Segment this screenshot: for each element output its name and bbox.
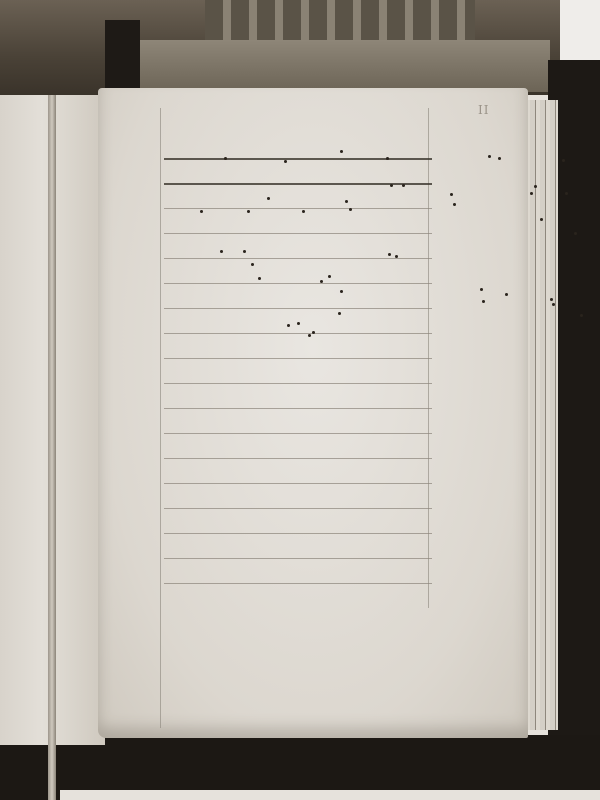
margin-rule-left [160,108,161,728]
frame-ledge [140,40,550,92]
ruled-line [164,283,432,284]
neume-dot [562,159,565,162]
neume-dot [220,250,223,253]
neume-dot [488,155,491,158]
ruled-line [164,533,432,534]
neume-dot [320,280,323,283]
ruled-line [164,433,432,434]
background-strip [60,790,600,800]
neume-dot [243,250,246,253]
neume-dot [402,184,405,187]
neume-dot [340,150,343,153]
neume-dot [580,314,583,317]
ruled-line [164,558,432,559]
neume-dot [247,210,250,213]
neume-dot [287,324,290,327]
neume-dot [200,210,203,213]
neume-dot [340,290,343,293]
neume-dot [297,322,300,325]
neume-dot [482,300,485,303]
neume-dot [308,334,311,337]
binding-strap [48,95,56,800]
neume-dot [534,185,537,188]
neume-dot [338,312,341,315]
neume-dot [388,253,391,256]
neume-dot [312,331,315,334]
neume-dot [530,192,533,195]
ruled-line [164,233,432,234]
neume-dot [390,184,393,187]
ruled-line [164,483,432,484]
neume-dot [450,193,453,196]
neume-dot [574,232,577,235]
ruled-line [164,583,432,584]
neume-dot [540,218,543,221]
ruled-line [164,208,432,209]
neume-dot [386,157,389,160]
neume-dot [284,160,287,163]
neume-dot [505,293,508,296]
ruled-line [164,333,432,334]
neume-dot [267,197,270,200]
manuscript-page: II [98,88,528,738]
ruled-line [164,408,432,409]
neume-dot [345,200,348,203]
neume-dot [453,203,456,206]
neume-dot [328,275,331,278]
ruled-line [164,458,432,459]
carved-panel [205,0,475,43]
neume-dot [480,288,483,291]
neume-dot [565,192,568,195]
neume-dot [302,210,305,213]
neume-dot [552,303,555,306]
ruled-line [164,508,432,509]
neume-dot [258,277,261,280]
ruled-line [164,158,432,160]
ruled-line [164,258,432,259]
neume-dot [251,263,254,266]
ruled-line [164,308,432,309]
folio-number: II [478,103,489,117]
neume-dot [224,157,227,160]
ruled-line [164,358,432,359]
ruled-line [164,383,432,384]
neume-dot [550,298,553,301]
neume-dot [498,157,501,160]
neume-dot [395,255,398,258]
neume-dot [349,208,352,211]
